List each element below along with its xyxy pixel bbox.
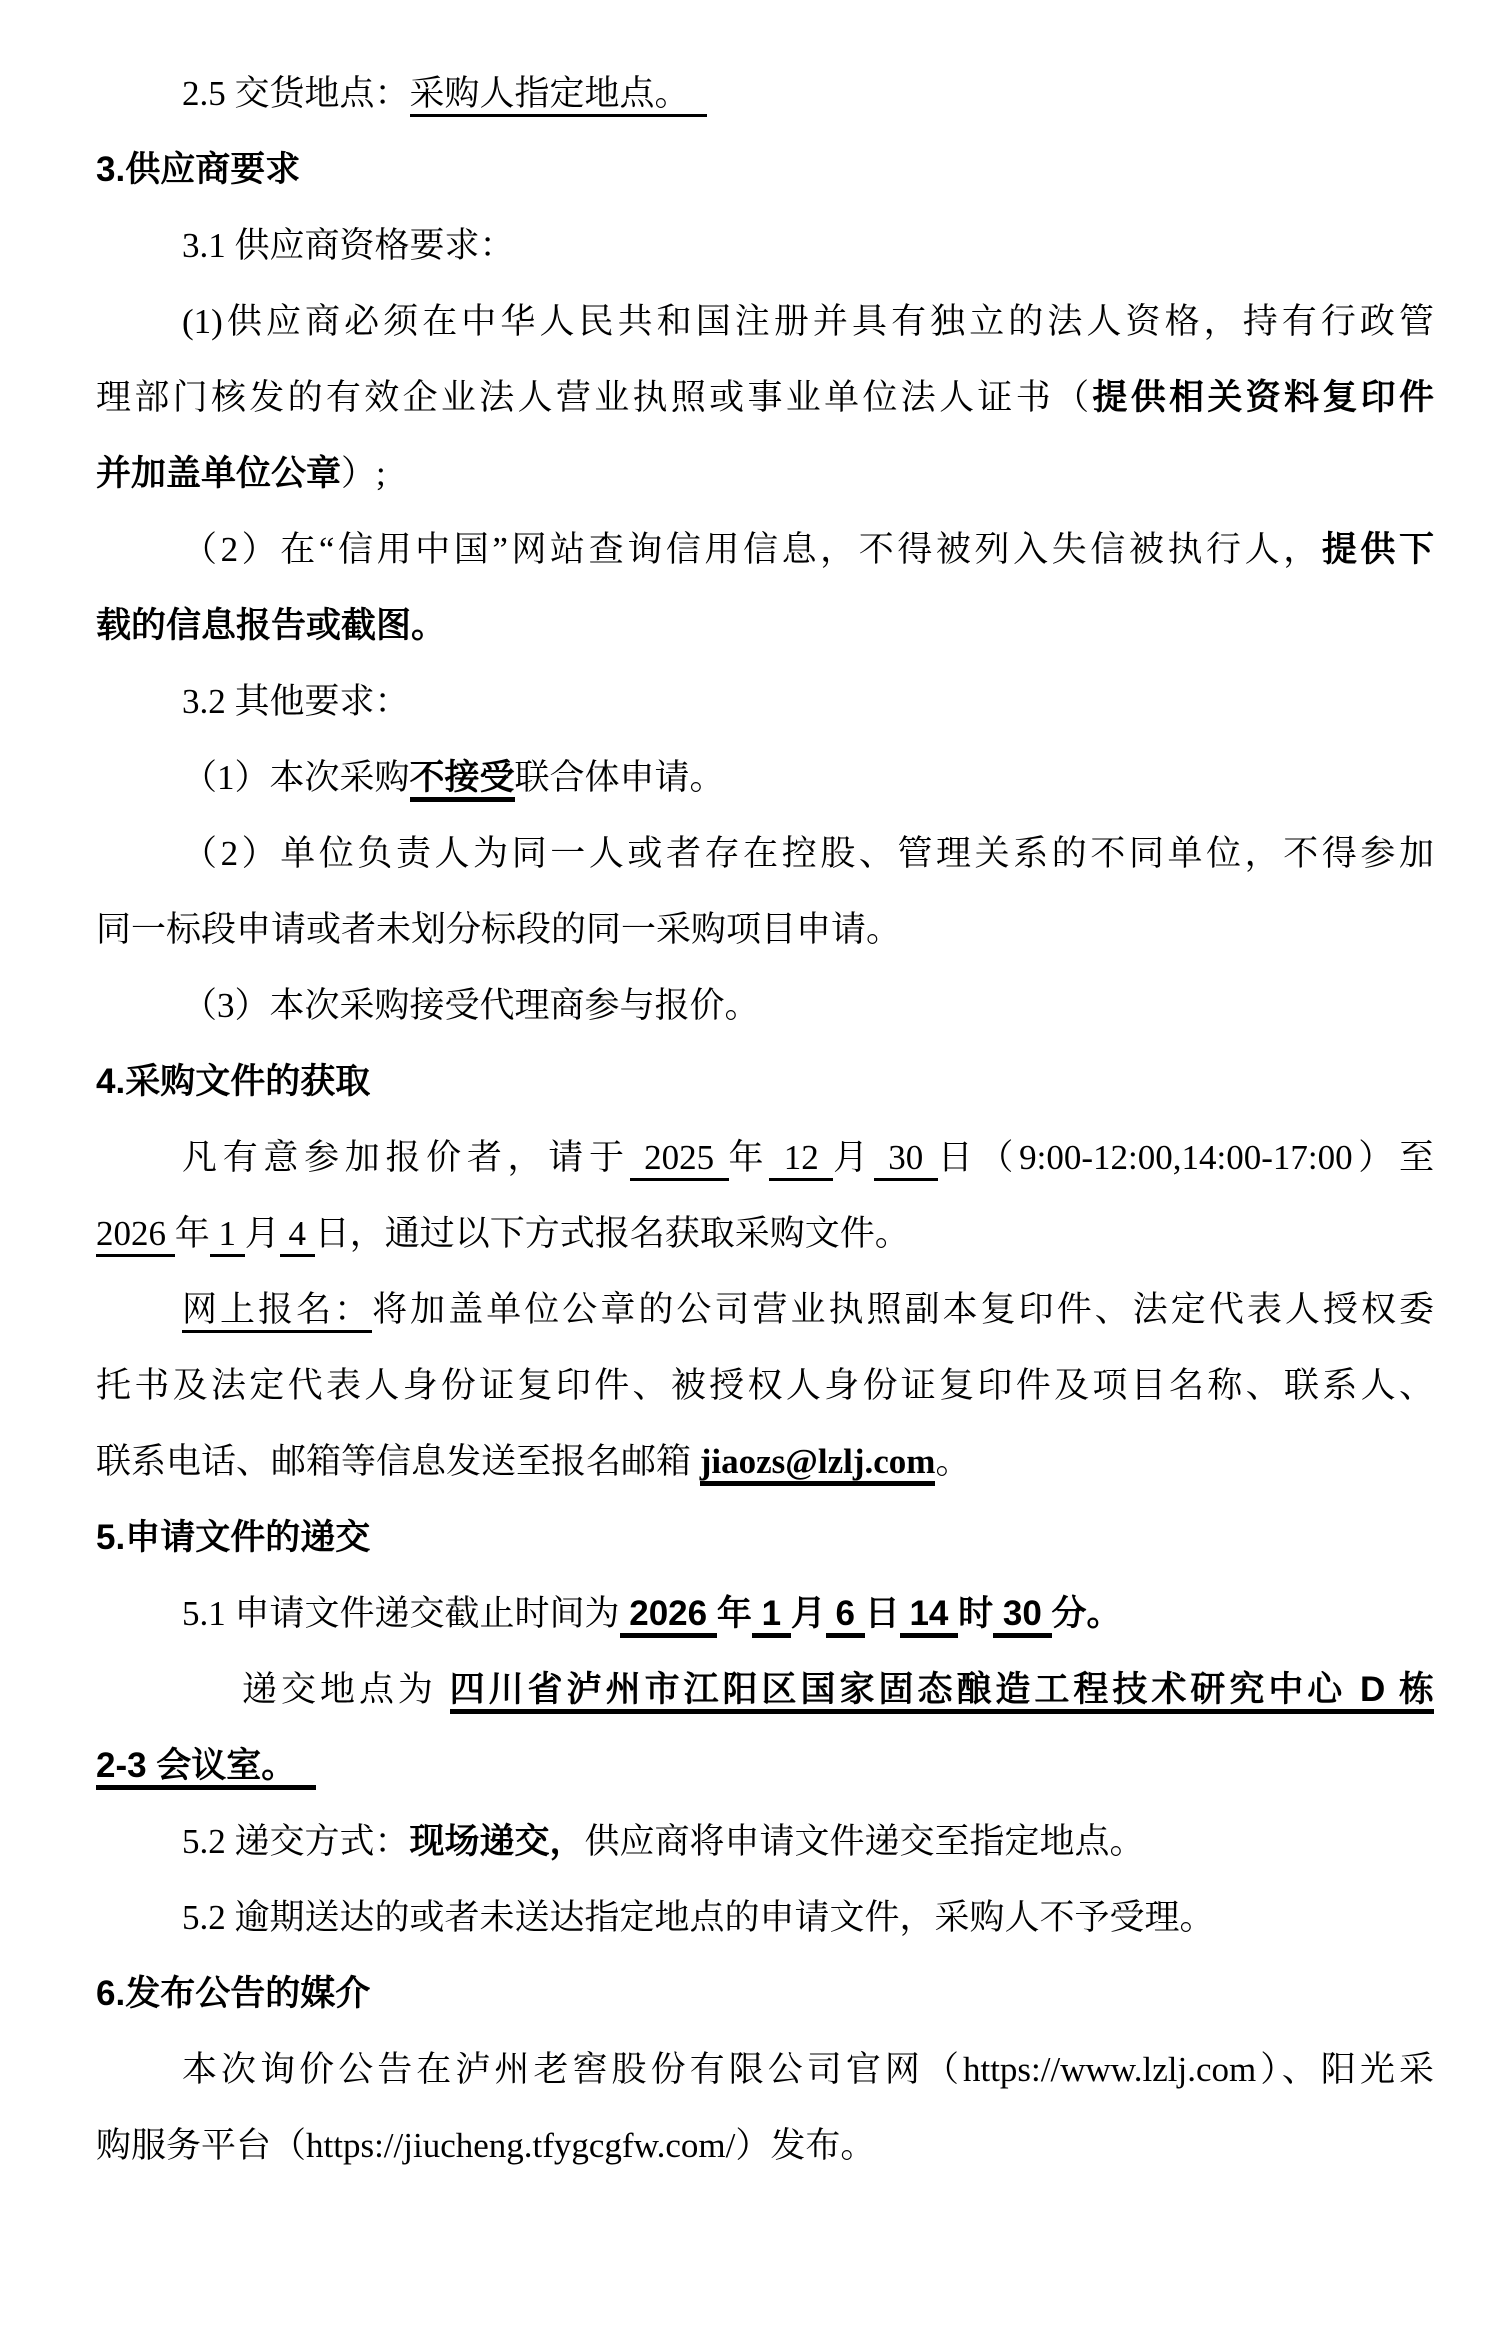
document-page: 2.5 交货地点：采购人指定地点。 3.供应商要求3.1 供应商资格要求：(1)…: [0, 0, 1500, 2330]
text-segment: 年: [175, 1214, 210, 1253]
line-4-online-signup-a: 网上报名：将加盖单位公章的公司营业执照副本复印件、法定代表人授权委: [96, 1272, 1434, 1348]
line-3-1-item1-b: 理部门核发的有效企业法人营业执照或事业单位法人证书（提供相关资料复印件: [96, 360, 1434, 436]
text-segment: （1）本次采购: [182, 758, 410, 797]
text-segment: 2.5 交货地点：: [182, 74, 410, 113]
text-segment: 1: [210, 1214, 245, 1257]
text-segment: 30: [993, 1594, 1051, 1638]
text-segment: 联合体申请。: [515, 758, 725, 797]
line-delivery-location: 2.5 交货地点：采购人指定地点。: [96, 56, 1434, 132]
heading-4-obtain-documents: 4.采购文件的获取: [96, 1044, 1434, 1120]
text-segment: 4.采购文件的获取: [96, 1062, 370, 1101]
document-body: 2.5 交货地点：采购人指定地点。 3.供应商要求3.1 供应商资格要求：(1)…: [96, 56, 1434, 2184]
text-segment: 5.申请文件的递交: [96, 1518, 370, 1557]
line-4-online-signup-c: 联系电话、邮箱等信息发送至报名邮箱 jiaozs@lzlj.com。: [96, 1424, 1434, 1500]
line-3-2-item2-b: 同一标段申请或者未划分标段的同一采购项目申请。: [96, 892, 1434, 968]
text-segment: 。: [935, 1442, 970, 1481]
text-segment: 载的信息报告或截图。: [96, 606, 446, 645]
line-3-1-item1-a: (1)供应商必须在中华人民共和国注册并具有独立的法人资格，持有行政管: [96, 284, 1434, 360]
line-4-online-signup-b: 托书及法定代表人身份证复印件、被授权人身份证复印件及项目名称、联系人、: [96, 1348, 1434, 1424]
line-4-period-a: 凡有意参加报价者，请于 2025 年 12 月 30 日（9:00-12:00,…: [96, 1120, 1434, 1196]
text-segment: 5.2 逾期送达的或者未送达指定地点的申请文件，采购人不予受理。: [182, 1898, 1215, 1937]
text-segment: 并加盖单位公章: [96, 454, 341, 493]
line-6-media-a: 本次询价公告在泸州老窖股份有限公司官网（https://www.lzlj.com…: [96, 2032, 1434, 2108]
text-segment: 时: [958, 1594, 993, 1633]
text-segment: 日（9:00-12:00,14:00-17:00）至: [938, 1138, 1434, 1177]
line-5-1-deadline: 5.1 申请文件递交截止时间为 2026 年 1 月 6 日 14 时 30 分…: [96, 1576, 1434, 1652]
text-segment: 递交地点为: [242, 1670, 450, 1709]
text-segment: 5.2 递交方式：: [182, 1822, 410, 1861]
line-3-1-item1-c: 并加盖单位公章）;: [96, 436, 1434, 512]
text-segment: 提供相关资料复印件: [1092, 378, 1434, 417]
line-5-2-method: 5.2 递交方式：现场递交，供应商将申请文件递交至指定地点。: [96, 1804, 1434, 1880]
text-segment: 年: [729, 1138, 770, 1177]
text-segment: 2025: [630, 1138, 729, 1181]
text-segment: 1: [752, 1594, 791, 1638]
line-3-1-item2-b: 载的信息报告或截图。: [96, 588, 1434, 664]
line-3-1-qualification: 3.1 供应商资格要求：: [96, 208, 1434, 284]
text-segment: （3）本次采购接受代理商参与报价。: [182, 986, 760, 1025]
text-segment: 将加盖单位公章的公司营业执照副本复印件、法定代表人授权委: [372, 1290, 1434, 1329]
text-segment: 2026: [96, 1214, 175, 1257]
text-segment: 理部门核发的有效企业法人营业执照或事业单位法人证书（: [96, 378, 1092, 417]
text-segment: 提供下: [1322, 530, 1434, 569]
heading-6-media: 6.发布公告的媒介: [96, 1956, 1434, 2032]
text-segment: jiaozs@lzlj.com: [700, 1442, 936, 1486]
text-segment: 3.1 供应商资格要求：: [182, 226, 515, 265]
text-segment: 4: [280, 1214, 315, 1257]
text-segment: 月: [833, 1138, 874, 1177]
text-segment: 年: [717, 1594, 752, 1633]
line-3-1-item2-a: （2）在“信用中国”网站查询信用信息，不得被列入失信被执行人，提供下: [96, 512, 1434, 588]
text-segment: 2-3 会议室。: [96, 1746, 316, 1790]
text-segment: （2）在“信用中国”网站查询信用信息，不得被列入失信被执行人，: [182, 530, 1322, 569]
text-segment: 联系电话、邮箱等信息发送至报名邮箱: [96, 1442, 700, 1481]
text-segment: 3.供应商要求: [96, 150, 300, 189]
line-3-2-item2-a: （2）单位负责人为同一人或者存在控股、管理关系的不同单位，不得参加: [96, 816, 1434, 892]
text-segment: 日，通过以下方式报名获取采购文件。: [315, 1214, 910, 1253]
text-segment: 月: [245, 1214, 280, 1253]
line-6-media-b: 购服务平台（https://jiucheng.tfygcgfw.com/）发布。: [96, 2108, 1434, 2184]
text-segment: 四川省泸州市江阳区国家固态酿造工程技术研究中心 D 栋: [450, 1670, 1434, 1714]
text-segment: 现场递交，: [410, 1822, 585, 1861]
line-5-1-place-a: 递交地点为 四川省泸州市江阳区国家固态酿造工程技术研究中心 D 栋: [96, 1652, 1434, 1728]
text-segment: 月: [791, 1594, 826, 1633]
text-segment: 本次询价公告在泸州老窖股份有限公司官网（https://www.lzlj.com…: [182, 2050, 1434, 2089]
text-segment: 6.发布公告的媒介: [96, 1974, 370, 2013]
text-segment: ）;: [341, 454, 386, 493]
line-3-2-item1: （1）本次采购不接受联合体申请。: [96, 740, 1434, 816]
text-segment: 5.1 申请文件递交截止时间为: [182, 1594, 620, 1633]
text-segment: 日: [865, 1594, 900, 1633]
text-segment: 托书及法定代表人身份证复印件、被授权人身份证复印件及项目名称、联系人、: [96, 1366, 1434, 1405]
line-3-2-item3: （3）本次采购接受代理商参与报价。: [96, 968, 1434, 1044]
text-segment: (1)供应商必须在中华人民共和国注册并具有独立的法人资格，持有行政管: [182, 302, 1434, 341]
text-segment: 6: [826, 1594, 865, 1638]
text-segment: 供应商将申请文件递交至指定地点。: [585, 1822, 1145, 1861]
line-3-2-other: 3.2 其他要求：: [96, 664, 1434, 740]
text-segment: 凡有意参加报价者，请于: [182, 1138, 630, 1177]
heading-3-supplier-requirements: 3.供应商要求: [96, 132, 1434, 208]
text-segment: 同一标段申请或者未划分标段的同一采购项目申请。: [96, 910, 901, 949]
text-segment: 不接受: [410, 758, 515, 802]
line-5-2-late: 5.2 逾期送达的或者未送达指定地点的申请文件，采购人不予受理。: [96, 1880, 1434, 1956]
text-segment: 购服务平台（https://jiucheng.tfygcgfw.com/）发布。: [96, 2126, 875, 2165]
text-segment: 2026: [620, 1594, 717, 1638]
line-5-1-place-b: 2-3 会议室。: [96, 1728, 1434, 1804]
text-segment: 30: [874, 1138, 938, 1181]
text-segment: 网上报名：: [182, 1290, 372, 1333]
text-segment: 采购人指定地点。: [410, 74, 708, 117]
line-4-period-b: 2026 年 1 月 4 日，通过以下方式报名获取采购文件。: [96, 1196, 1434, 1272]
text-segment: 14: [900, 1594, 958, 1638]
text-segment: 3.2 其他要求：: [182, 682, 410, 721]
text-segment: （2）单位负责人为同一人或者存在控股、管理关系的不同单位，不得参加: [182, 834, 1434, 873]
text-segment: 12: [769, 1138, 833, 1181]
text-segment: 分。: [1052, 1594, 1122, 1633]
heading-5-submission: 5.申请文件的递交: [96, 1500, 1434, 1576]
